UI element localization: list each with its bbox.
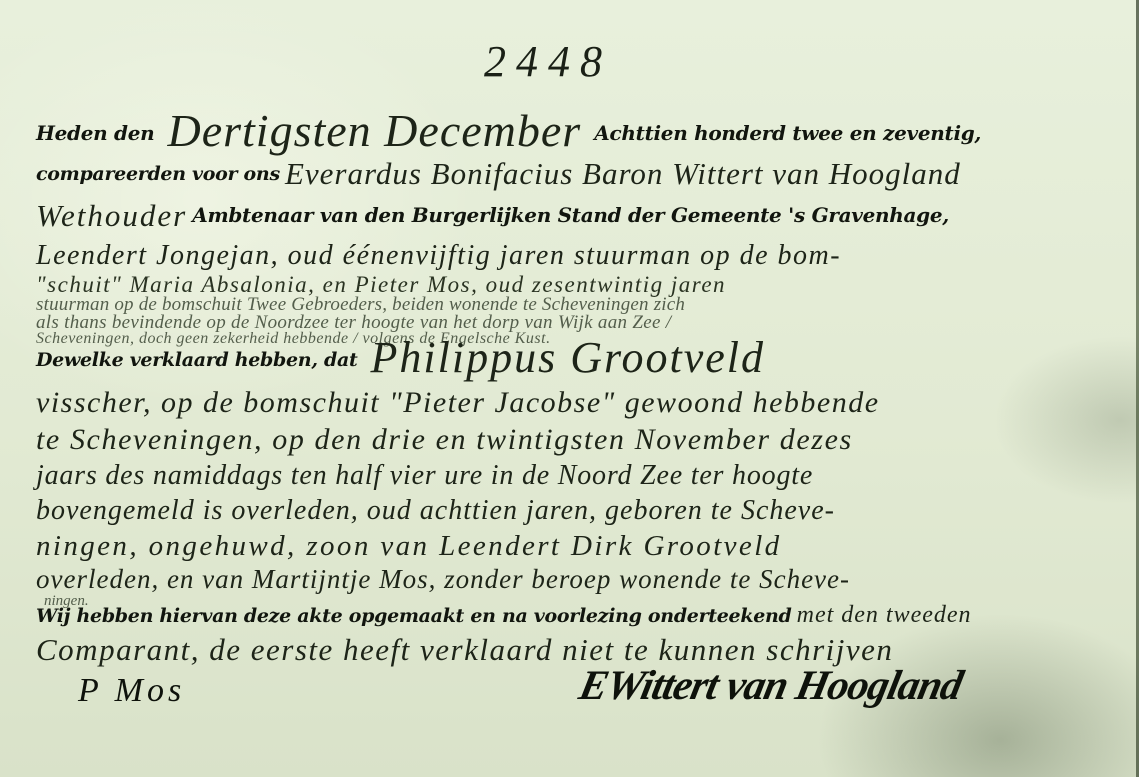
handwritten-text: met den tweeden xyxy=(797,603,972,627)
line-witness-2: "schuit" Maria Absalonia, en Pieter Mos,… xyxy=(36,273,726,296)
line-closing-2: Comparant, de eerste heeft verklaard nie… xyxy=(36,634,893,665)
line-body-3: jaars des namiddags ten half vier ure in… xyxy=(36,462,813,490)
handwritten-text: bovengemeld is overleden, oud achttien j… xyxy=(36,497,835,525)
line-body-4: bovengemeld is overleden, oud achttien j… xyxy=(36,497,835,525)
handwritten-title: Wethouder xyxy=(36,200,187,231)
line-body-1: visscher, op de bomschuit "Pieter Jacobs… xyxy=(36,388,880,418)
handwritten-date: Dertigsten December xyxy=(167,108,581,154)
handwritten-text: Comparant, de eerste heeft verklaard nie… xyxy=(36,634,893,665)
handwritten-official-name: Everardus Bonifacius Baron Wittert van H… xyxy=(285,158,961,189)
handwritten-text: Leendert Jongejan, oud éénenvijftig jare… xyxy=(36,242,841,270)
line-date: Heden den Dertigsten December Achttien h… xyxy=(36,108,981,154)
handwritten-text: te Scheveningen, op den drie en twintigs… xyxy=(36,425,853,455)
line-witness-1: Leendert Jongejan, oud éénenvijftig jare… xyxy=(36,242,841,270)
line-body-2: te Scheveningen, op den drie en twintigs… xyxy=(36,425,853,455)
handwritten-deceased-name: Philippus Grootveld xyxy=(371,336,765,380)
scanned-document-page: 2448 Heden den Dertigsten December Achtt… xyxy=(0,0,1139,777)
signature-official: EWittert van Hoogland xyxy=(575,662,966,710)
handwritten-text: overleden, en van Martijntje Mos, zonder… xyxy=(36,566,850,593)
printed-text: compareerden voor ons xyxy=(36,165,280,184)
printed-text: Wij hebben hiervan deze akte opgemaakt e… xyxy=(36,607,792,626)
handwritten-text: "schuit" Maria Absalonia, en Pieter Mos,… xyxy=(36,273,726,296)
handwritten-text: visscher, op de bomschuit "Pieter Jacobs… xyxy=(36,388,880,418)
line-body-5: ningen, ongehuwd, zoon van Leendert Dirk… xyxy=(36,532,782,561)
line-declared: Dewelke verklaard hebben, dat Philippus … xyxy=(36,336,765,380)
handwritten-text: jaars des namiddags ten half vier ure in… xyxy=(36,462,813,490)
line-body-6: overleden, en van Martijntje Mos, zonder… xyxy=(36,566,850,593)
printed-text: Heden den xyxy=(36,123,154,143)
line-closing: Wij hebben hiervan deze akte opgemaakt e… xyxy=(36,603,972,627)
line-official-title: Wethouder Ambtenaar van den Burgerlijken… xyxy=(36,200,949,231)
printed-text: Ambtenaar van den Burgerlijken Stand der… xyxy=(192,205,949,225)
signature-witness: P Mos xyxy=(78,672,185,710)
handwritten-text: ningen, ongehuwd, zoon van Leendert Dirk… xyxy=(36,532,782,561)
line-appeared-before: compareerden voor ons Everardus Bonifaci… xyxy=(36,158,961,189)
printed-text: Dewelke verklaard hebben, dat xyxy=(36,351,357,370)
record-number: 2448 xyxy=(484,36,612,87)
printed-text: Achttien honderd twee en zeventig, xyxy=(594,123,981,143)
